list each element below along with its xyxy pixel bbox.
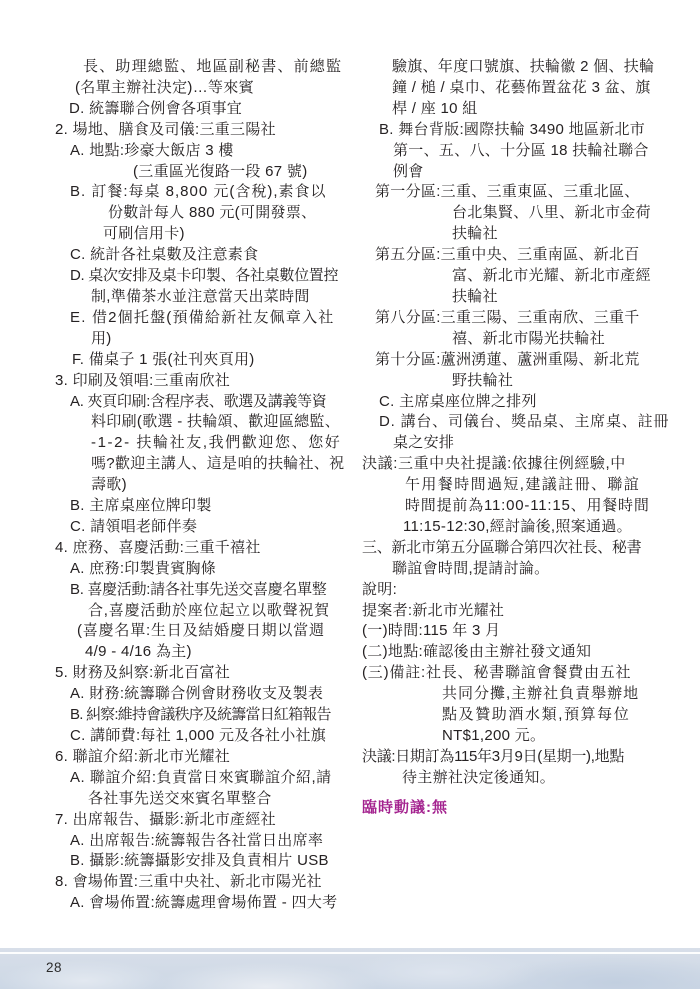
text-line: 台北集賢、八里、新北市金荷 (452, 203, 684, 224)
text-line: F. 備桌子 1 張(社刊夾頁用) (72, 350, 360, 371)
text-line: 第十分區:蘆洲湧蓮、蘆洲重陽、新北荒 (375, 350, 684, 371)
text-line: 桌之安排 (393, 433, 684, 454)
text-line: 臨時動議:無 (362, 798, 684, 819)
right-column: 驗旗、年度口號旗、扶輪徽 2 個、扶輪鐘 / 槌 / 桌巾、花藝佈置盆花 3 盆… (362, 57, 684, 819)
text-line: 7. 出席報告、攝影:新北市產經社 (55, 810, 360, 831)
text-line: B. 主席桌座位牌印製 (70, 496, 360, 517)
text-line: 桿 / 座 10 組 (392, 99, 684, 120)
text-line: 鐘 / 槌 / 桌巾、花藝佈置盆花 3 盆、旗 (392, 78, 684, 99)
text-line: 第一、五、八、十分區 18 扶輪社聯合 (393, 141, 684, 162)
text-line: B. 喜慶活動:請各社事先送交喜慶名單整 (70, 580, 360, 601)
text-line: A. 地點:珍豪大飯店 3 樓 (70, 141, 360, 162)
text-line: 決議:日期訂為115年3月9日(星期一),地點 (362, 747, 684, 768)
footer-band: 28 (0, 948, 700, 989)
text-line: 合,喜慶活動於座位起立以歌聲祝賀 (88, 601, 360, 622)
text-line: 野扶輪社 (452, 371, 684, 392)
text-line: C. 請領唱老師伴奏 (70, 517, 360, 538)
text-line: 8. 會場佈置:三重中央社、新北市陽光社 (55, 872, 360, 893)
text-line: 5. 財務及糾察:新北百富社 (55, 663, 360, 684)
page-number: 28 (46, 960, 62, 975)
text-line: C. 講師費:每社 1,000 元及各社小社旗 (70, 726, 360, 747)
text-line: (喜慶名單:生日及結婚慶日期以當週 (77, 621, 360, 642)
text-line: 說明: (362, 580, 684, 601)
text-line: NT$1,200 元。 (442, 726, 684, 747)
text-line: 4. 庶務、喜慶活動:三重千禧社 (55, 538, 360, 559)
text-line: D. 桌次安排及桌卡印製、各社桌數位置控 (70, 266, 360, 287)
text-line: (名單主辦社決定)…等來賓 (75, 78, 360, 99)
text-line: A. 會場佈置:統籌處理會場佈置 - 四大考 (70, 893, 360, 914)
text-line: 可刷信用卡) (103, 224, 360, 245)
text-line: D. 講台、司儀台、獎品桌、主席桌、註冊 (379, 412, 684, 433)
text-line: 2. 場地、膳食及司儀:三重三陽社 (55, 120, 360, 141)
text-line: 壽歌) (91, 475, 360, 496)
text-line: 提案者:新北市光耀社 (362, 601, 684, 622)
text-line: 各社事先送交來賓名單整合 (88, 789, 360, 810)
text-line: 時間提前為11:00-11:15、用餐時間 (405, 496, 684, 517)
text-line: 聯誼會時間,提請討論。 (392, 559, 684, 580)
text-line: 料印刷(歌選 - 扶輪頌、歡迎區總監、 (91, 412, 360, 433)
text-line: 第八分區:三重三陽、三重南欣、三重千 (375, 308, 684, 329)
text-line: E. 借2個托盤(預備給新社友佩章入社 (70, 308, 360, 329)
text-line: 3. 印刷及領唱:三重南欣社 (55, 371, 360, 392)
text-line: 嗎?歡迎主講人、這是咱的扶輪社、祝 (91, 454, 360, 475)
text-line: 用) (91, 329, 360, 350)
text-line: D. 統籌聯合例會各項事宜 (69, 99, 360, 120)
text-line: 驗旗、年度口號旗、扶輪徽 2 個、扶輪 (392, 57, 684, 78)
text-line: B. 訂餐:每桌 8,800 元(含稅),素食以 (70, 182, 360, 203)
text-line: 決議:三重中央社提議:依據往例經驗,中 (362, 454, 684, 475)
text-line: (三重區光復路一段 67 號) (133, 162, 360, 183)
text-line: (三)備註:社長、秘書聯誼會餐費由五社 (362, 663, 684, 684)
text-line: 富、新北市光耀、新北市產經 (452, 266, 684, 287)
text-line: A. 夾頁印刷:含程序表、歌選及講義等資 (70, 392, 360, 413)
text-line: 份數計每人 880 元(可開發票、 (108, 203, 360, 224)
text-line: 第五分區:三重中央、三重南區、新北百 (375, 245, 684, 266)
text-line: B. 糾察:維持會議秩序及統籌當日紅箱報告 (70, 705, 360, 726)
text-line: 11:15-12:30,經討論後,照案通過。 (403, 517, 684, 538)
document-page: 長、助理總監、地區副秘書、前總監(名單主辦社決定)…等來賓D. 統籌聯合例會各項… (0, 0, 700, 989)
text-line: A. 財務:統籌聯合例會財務收支及製表 (70, 684, 360, 705)
text-line: 制,準備茶水並注意當天出菜時間 (91, 287, 360, 308)
text-line: C. 主席桌座位牌之排列 (379, 392, 684, 413)
text-line: (一)時間:115 年 3 月 (362, 621, 684, 642)
text-line: 禧、新北市陽光扶輪社 (452, 329, 684, 350)
text-line: A. 庶務:印製貴賓胸條 (70, 559, 360, 580)
text-line: 三、新北市第五分區聯合第四次社長、秘書 (362, 538, 684, 559)
text-line: (二)地點:確認後由主辦社發文通知 (362, 642, 684, 663)
text-line: B. 攝影:統籌攝影安排及負責相片 USB (70, 851, 360, 872)
text-line: 6. 聯誼介紹:新北市光耀社 (55, 747, 360, 768)
text-line: A. 出席報告:統籌報告各社當日出席率 (70, 831, 360, 852)
text-line: 共同分攤,主辦社負責舉辦地 (442, 684, 684, 705)
text-line: 午用餐時間過短,建議註冊、聯誼 (405, 475, 684, 496)
text-line: 第一分區:三重、三重東區、三重北區、 (375, 182, 684, 203)
text-line: 4/9 - 4/16 為主) (85, 642, 360, 663)
text-line: 例會 (393, 162, 684, 183)
text-line: -1-2- 扶輪社友,我們歡迎您、您好 (91, 433, 360, 454)
text-line: 扶輪社 (452, 224, 684, 245)
text-line: 扶輪社 (452, 287, 684, 308)
text-line: 待主辦社決定後通知。 (402, 768, 684, 789)
left-column: 長、助理總監、地區副秘書、前總監(名單主辦社決定)…等來賓D. 統籌聯合例會各項… (55, 57, 360, 914)
text-line: 點及贊助酒水類,預算每位 (442, 705, 684, 726)
text-line: 長、助理總監、地區副秘書、前總監 (83, 57, 360, 78)
text-line: B. 舞台背版:國際扶輪 3490 地區新北市 (379, 120, 684, 141)
text-line: C. 統計各社桌數及注意素食 (70, 245, 360, 266)
text-line: A. 聯誼介紹:負責當日來賓聯誼介紹,請 (70, 768, 360, 789)
